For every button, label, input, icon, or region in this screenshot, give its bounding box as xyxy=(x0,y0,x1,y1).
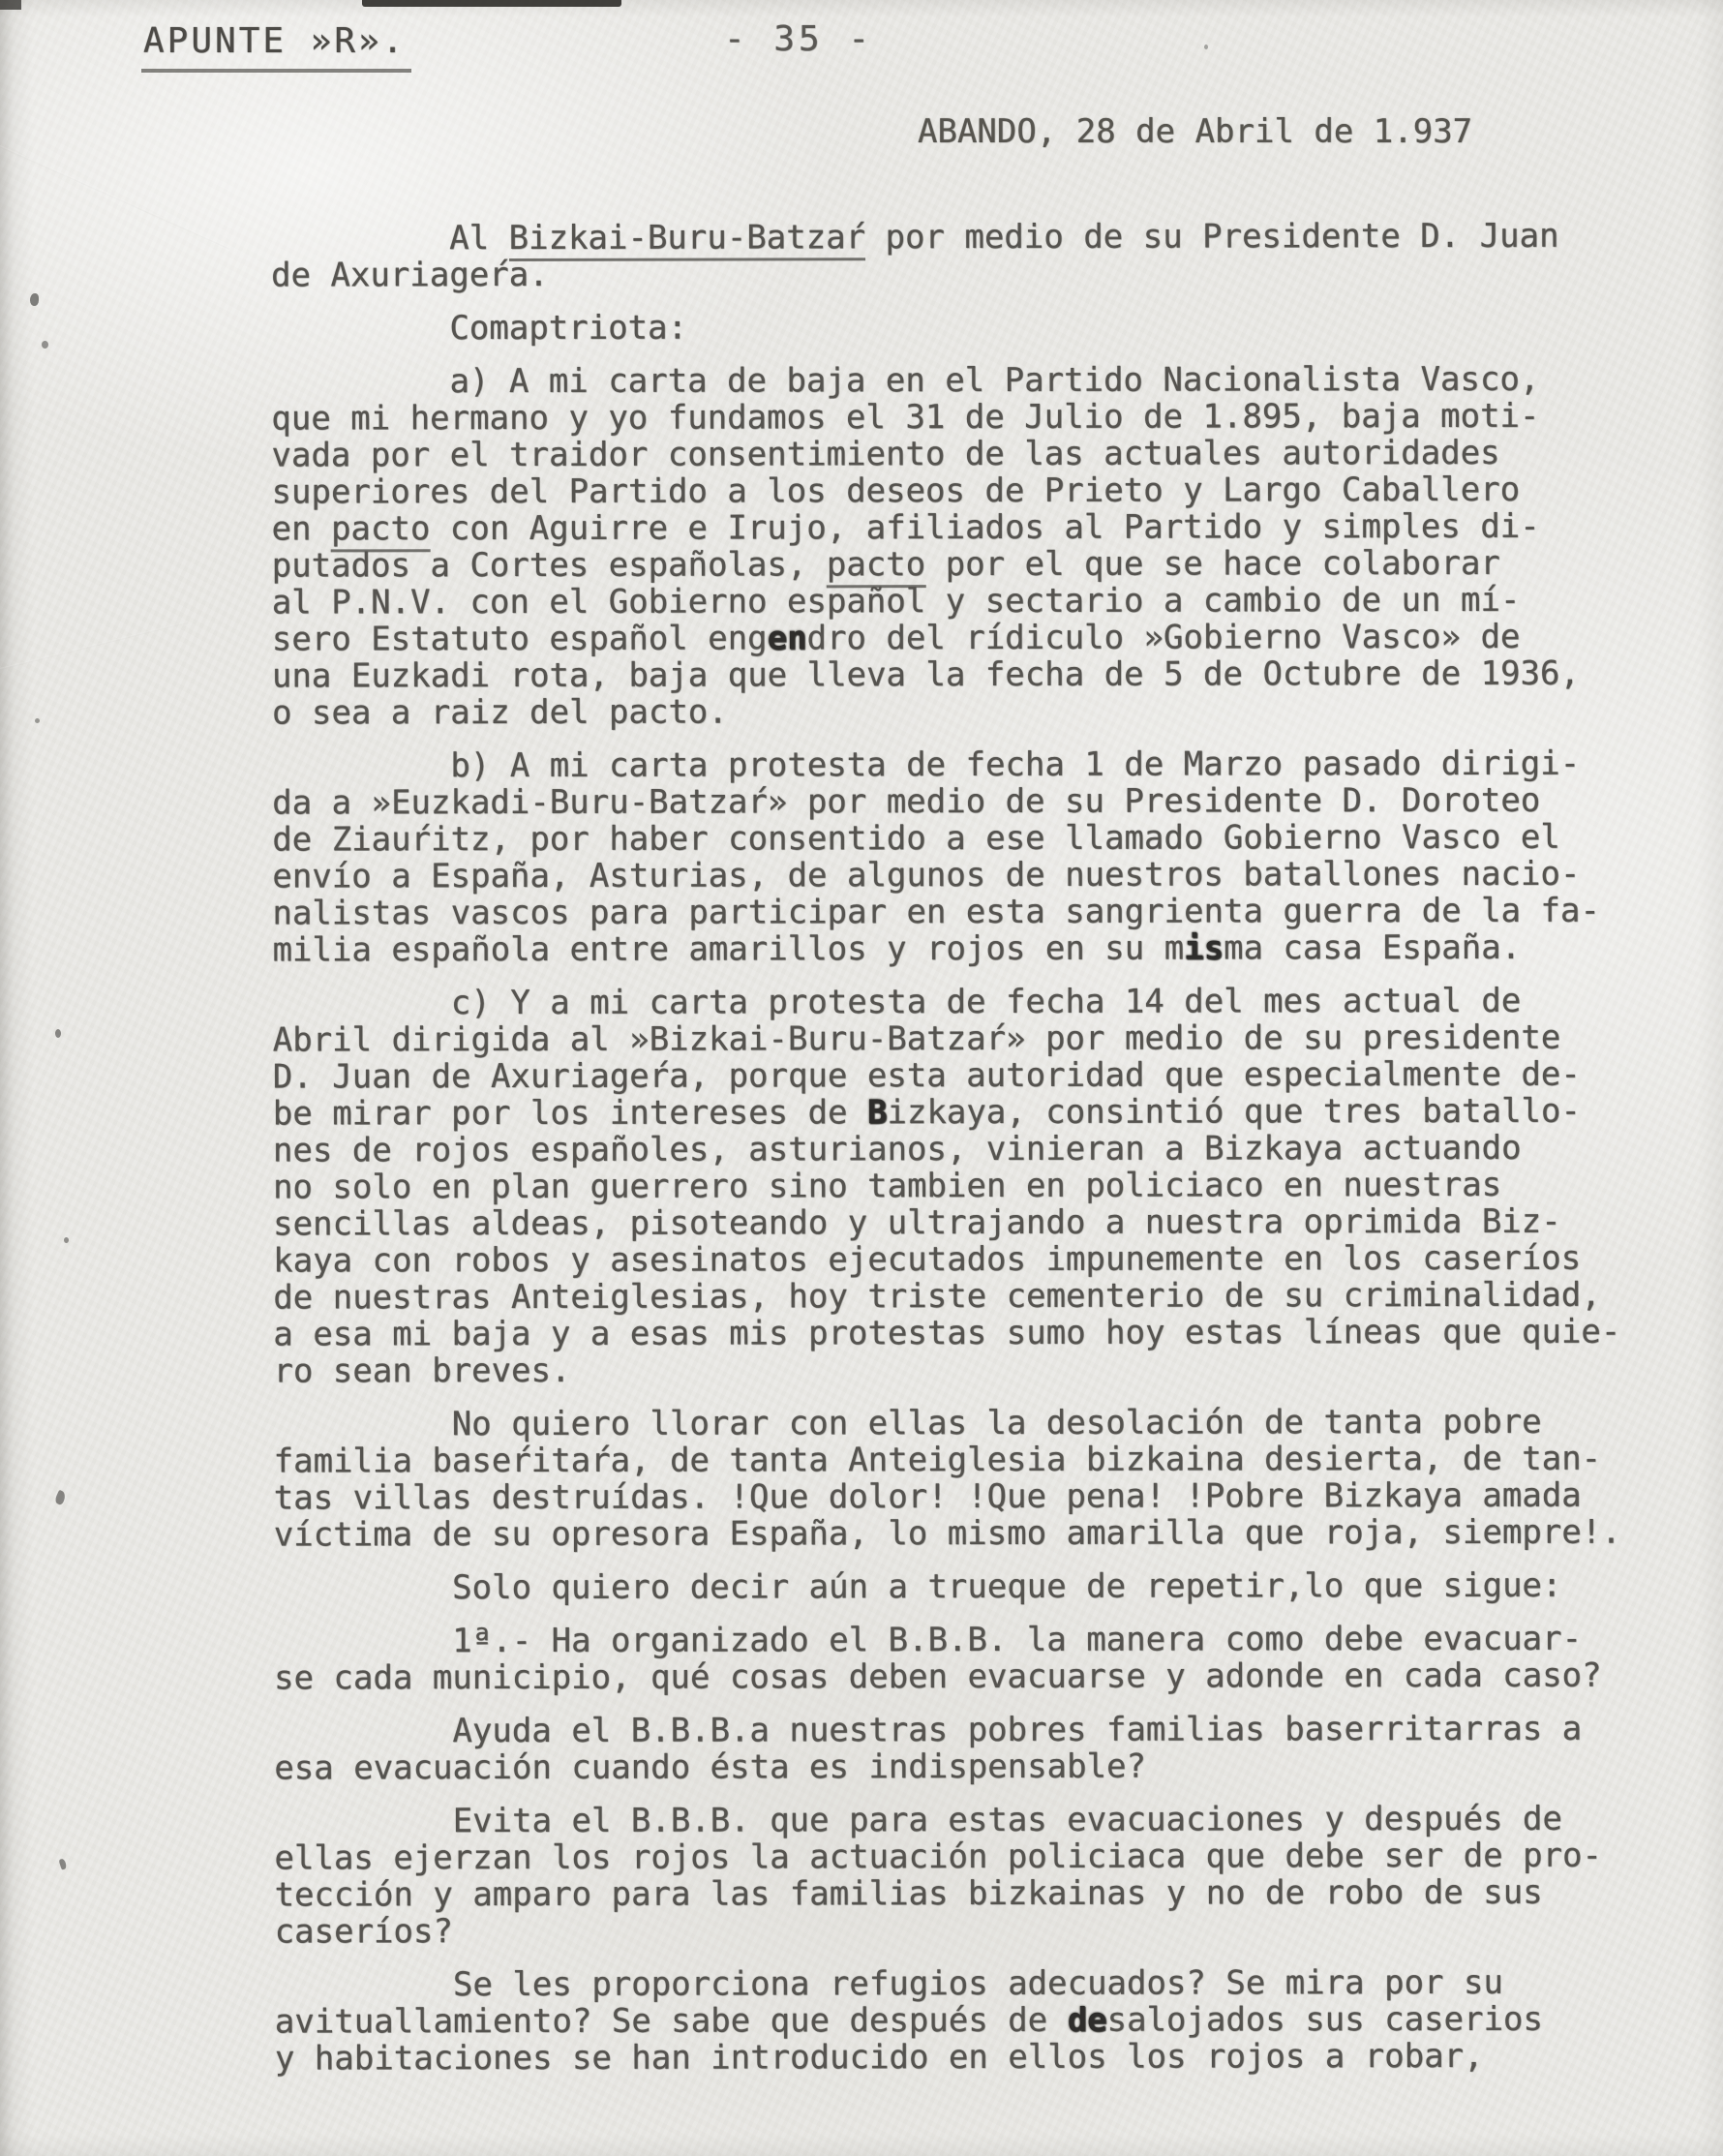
text-line: una Euzkadi rota, baja que lleva la fech… xyxy=(272,654,1687,694)
paragraph: b) A mi carta protesta de fecha 1 de Mar… xyxy=(272,744,1687,968)
text-line: b) A mi carta protesta de fecha 1 de Mar… xyxy=(272,744,1687,784)
text-line: o sea a raiz del pacto. xyxy=(272,691,1687,731)
text-line: No quiero llorar con ellas la desolación… xyxy=(274,1403,1689,1442)
paragraph: Al Bizkai-Buru-Batzaŕ por medio de su Pr… xyxy=(271,217,1686,293)
paper-speck xyxy=(64,1237,69,1243)
scan-artifact-corner xyxy=(0,0,21,10)
paper-speck xyxy=(42,341,48,349)
paragraph: a) A mi carta de baja en el Partido Naci… xyxy=(271,360,1687,731)
paragraph: Solo quiero decir aún a trueque de repet… xyxy=(274,1566,1689,1606)
text-line: en pacto con Aguirre e Irujo, afiliados … xyxy=(272,507,1687,547)
page-number: - 35 - xyxy=(724,19,873,59)
paragraph: Evita el B.B.B. que para estas evacuacio… xyxy=(274,1800,1689,1950)
overstruck-text: is xyxy=(1184,928,1224,967)
text-line: al P.N.V. con el Gobierno español y sect… xyxy=(272,581,1687,621)
text-line: a) A mi carta de baja en el Partido Naci… xyxy=(271,360,1686,400)
text-line: ellas ejerzan los rojos la actuación pol… xyxy=(274,1837,1689,1876)
text-line: caseríos? xyxy=(275,1910,1690,1950)
document-label: APUNTE »R». xyxy=(141,21,411,73)
text-line: nes de rojos españoles, asturianos, vini… xyxy=(273,1129,1688,1169)
overstruck-text: B xyxy=(867,1093,888,1132)
text-line: nalistas vascos para participar en esta … xyxy=(272,892,1687,931)
paper-speck xyxy=(55,1029,61,1038)
paragraph: c) Y a mi carta protesta de fecha 14 del… xyxy=(273,982,1689,1389)
text-line: ro sean breves. xyxy=(273,1350,1688,1389)
text-line: de Ziauŕitz, por haber consentido a ese … xyxy=(272,818,1687,858)
text-line: esa evacuación cuando ésta es indispensa… xyxy=(274,1746,1689,1786)
text-line: Solo quiero decir aún a trueque de repet… xyxy=(274,1566,1689,1606)
underlined-text: Bizkai-Buru-Batzaŕ xyxy=(509,218,866,261)
text-line: se cada municipio, qué cosas deben evacu… xyxy=(274,1656,1689,1696)
paper-speck xyxy=(1204,45,1208,49)
text-line: a esa mi baja y a esas mis protestas sum… xyxy=(273,1313,1688,1352)
text-line: familia baseŕitaŕa, de tanta Anteiglesia… xyxy=(274,1440,1689,1479)
text-line: superiores del Partido a los deseos de P… xyxy=(272,471,1687,510)
overstruck-text: en xyxy=(768,619,807,657)
text-line: Ayuda el B.B.B.a nuestras pobres familia… xyxy=(274,1710,1689,1749)
text-line: de Axuriageŕa. xyxy=(271,254,1686,293)
text-line: D. Juan de Axuriageŕa, porque esta autor… xyxy=(273,1055,1688,1095)
text-line: vada por el traidor consentimiento de la… xyxy=(271,434,1686,473)
text-line: da a »Euzkadi-Buru-Batzaŕ» por medio de … xyxy=(272,781,1687,821)
text-line: Al Bizkai-Buru-Batzaŕ por medio de su Pr… xyxy=(271,217,1686,257)
text-line: kaya con robos y asesinatos ejecutados i… xyxy=(273,1239,1688,1279)
overstruck-text: de xyxy=(1068,2001,1107,2040)
paper-speck xyxy=(58,1858,67,1869)
text-line: Evita el B.B.B. que para estas evacuacio… xyxy=(274,1800,1689,1839)
text-line: víctima de su opresora España, lo mismo … xyxy=(274,1513,1689,1553)
text-line: 1ª.- Ha organizado el B.B.B. la manera c… xyxy=(274,1620,1689,1659)
paragraph: 1ª.- Ha organizado el B.B.B. la manera c… xyxy=(274,1620,1689,1696)
text-line: tección y amparo para las familias bizka… xyxy=(275,1873,1690,1913)
text-line: y habitaciones se han introducido en ell… xyxy=(275,2037,1690,2077)
paragraph: Comaptriota: xyxy=(271,307,1686,347)
text-line: envío a España, Asturias, de algunos de … xyxy=(272,855,1687,895)
text-line: que mi hermano y yo fundamos el 31 de Ju… xyxy=(271,397,1686,437)
paper-crease xyxy=(0,145,230,250)
text-line: be mirar por los intereses de Bizkaya, c… xyxy=(273,1092,1688,1132)
letter-body: Al Bizkai-Buru-Batzaŕ por medio de su Pr… xyxy=(271,217,1690,2093)
text-line: sero Estatuto español engendro del rídic… xyxy=(272,618,1687,657)
text-line: putados a Cortes españolas, pacto por el… xyxy=(272,544,1687,584)
text-line: avituallamiento? Se sabe que después de … xyxy=(275,2000,1690,2040)
text-line: de nuestras Anteiglesias, hoy triste cem… xyxy=(273,1276,1688,1316)
text-line: sencillas aldeas, pisoteando y ultrajand… xyxy=(273,1202,1688,1242)
paragraph: No quiero llorar con ellas la desolación… xyxy=(274,1403,1689,1553)
scanned-letter-page: APUNTE »R». - 35 - ABANDO, 28 de Abril d… xyxy=(0,0,1723,2156)
text-line: tas villas destruídas. !Que dolor! !Que … xyxy=(274,1476,1689,1516)
scan-artifact-top-band xyxy=(362,0,621,7)
paper-crease xyxy=(0,622,189,670)
text-line: milia española entre amarillos y rojos e… xyxy=(273,928,1688,968)
text-line: Comaptriota: xyxy=(271,307,1686,347)
text-line: Abril dirigida al »Bizkai-Buru-Batzaŕ» p… xyxy=(273,1018,1688,1058)
paragraph: Ayuda el B.B.B.a nuestras pobres familia… xyxy=(274,1710,1689,1786)
paper-speck xyxy=(35,718,40,723)
paragraph: Se les proporciona refugios adecuados? S… xyxy=(275,1963,1690,2077)
paper-speck xyxy=(30,293,39,306)
text-line: c) Y a mi carta protesta de fecha 14 del… xyxy=(273,982,1688,1021)
dateline: ABANDO, 28 de Abril de 1.937 xyxy=(918,112,1472,151)
text-line: Se les proporciona refugios adecuados? S… xyxy=(275,1963,1690,2003)
text-line: no solo en plan guerrero sino tambien en… xyxy=(273,1166,1688,1205)
paper-speck xyxy=(54,1490,68,1505)
